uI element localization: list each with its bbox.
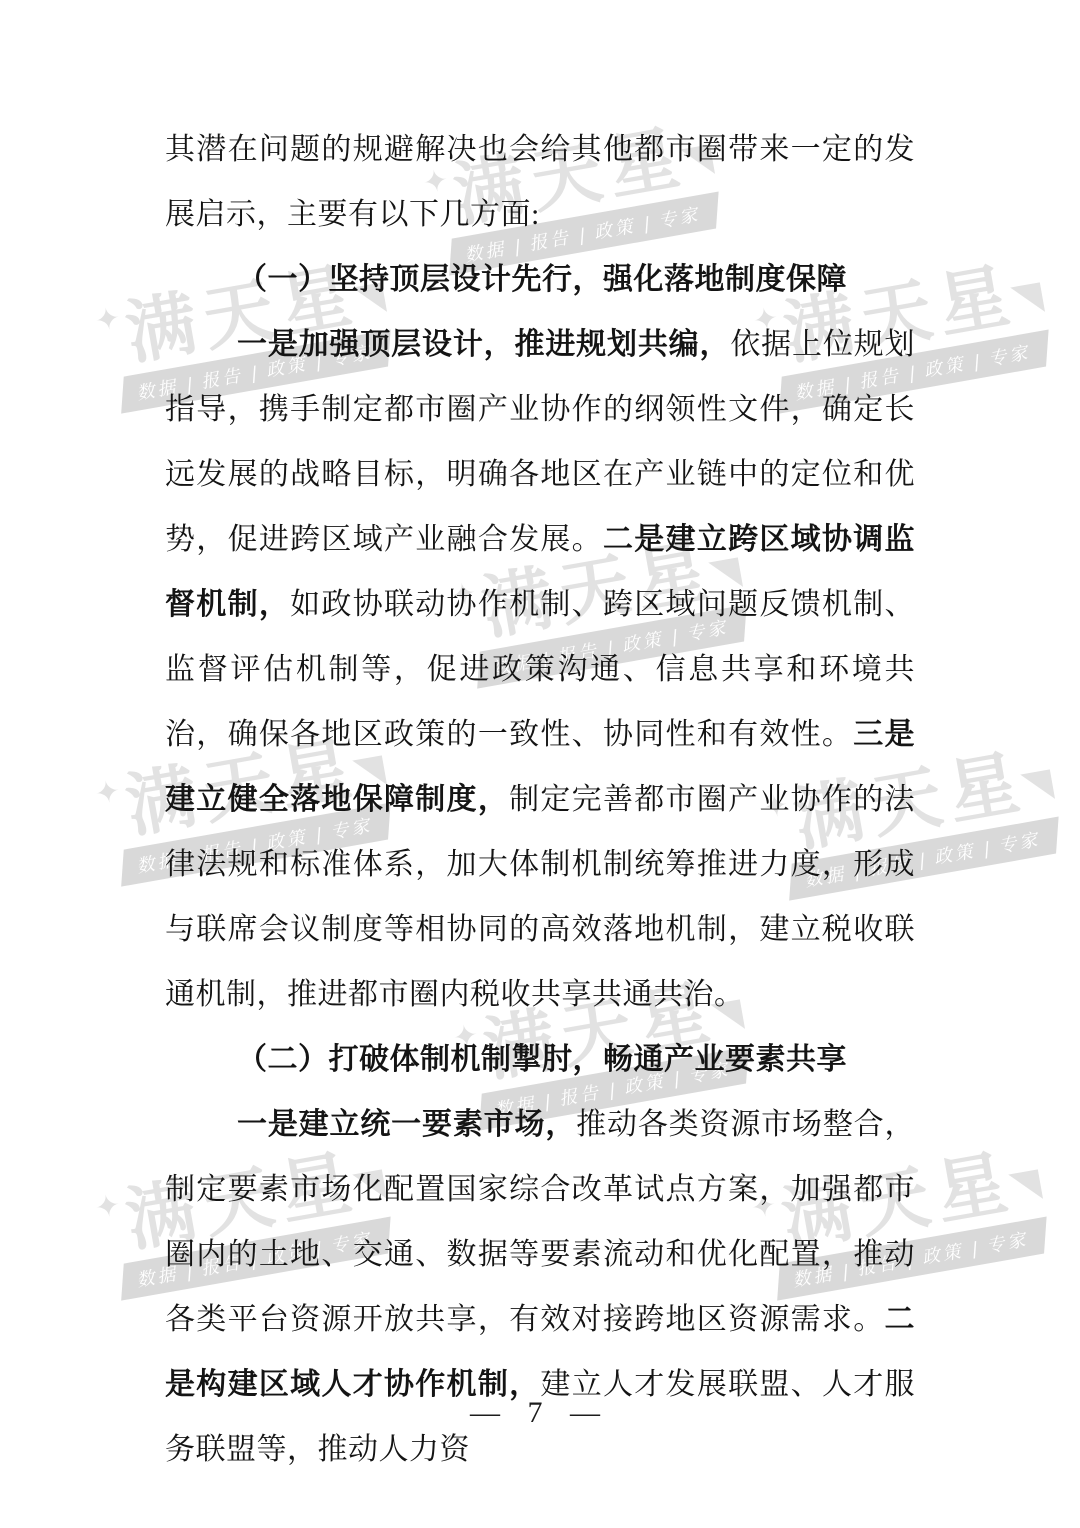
section-heading: （一）坚持顶层设计先行，强化落地制度保障 <box>165 247 915 312</box>
paragraph: 其潜在问题的规避解决也会给其他都市圈带来一定的发展启示，主要有以下几方面: <box>165 117 915 247</box>
text-run: 其潜在问题的规避解决也会给其他都市圈带来一定的发展启示，主要有以下几方面: <box>165 133 915 231</box>
page-footer: — 7 — <box>0 1396 1080 1430</box>
text-run: 依据上位规划指导，携手制定都市圈产业协作的纲领性文件，确定长远发展的战略目标，明… <box>165 328 915 556</box>
text-run: 制定完善都市圈产业协作的法律法规和标准体系，加大体制机制统筹推进力度，形成与联席… <box>165 783 915 1011</box>
sparkle-star-icon: ✦ <box>92 301 123 340</box>
paragraph: 一是加强顶层设计，推进规划共编，依据上位规划指导，携手制定都市圈产业协作的纲领性… <box>165 312 915 1027</box>
document-page: ✦满天星数据 | 报告 | 政策 | 专家✦满天星数据 | 报告 | 政策 | … <box>0 0 1080 1528</box>
shooting-star-tail-icon <box>1008 1169 1043 1204</box>
sparkle-star-icon: ✦ <box>92 774 123 813</box>
page-number: — 7 — <box>470 1396 610 1429</box>
bold-text-run: （一）坚持顶层设计先行，强化落地制度保障 <box>237 263 847 296</box>
document-content: 其潜在问题的规避解决也会给其他都市圈带来一定的发展启示，主要有以下几方面:（一）… <box>165 117 915 1482</box>
text-run: 推动各类资源市场整合，制定要素市场化配置国家综合改革试点方案，加强都市圈内的土地… <box>165 1108 915 1336</box>
sparkle-star-icon: ✦ <box>92 1188 123 1227</box>
section-heading: （二）打破体制机制掣肘，畅通产业要素共享 <box>165 1027 915 1092</box>
shooting-star-tail-icon <box>1020 769 1055 804</box>
bold-text-run: 一是加强顶层设计，推进规划共编， <box>237 328 730 361</box>
bold-text-run: 一是建立统一要素市场， <box>237 1108 576 1141</box>
shooting-star-tail-icon <box>1010 282 1045 317</box>
bold-text-run: （二）打破体制机制掣肘，畅通产业要素共享 <box>237 1043 847 1076</box>
